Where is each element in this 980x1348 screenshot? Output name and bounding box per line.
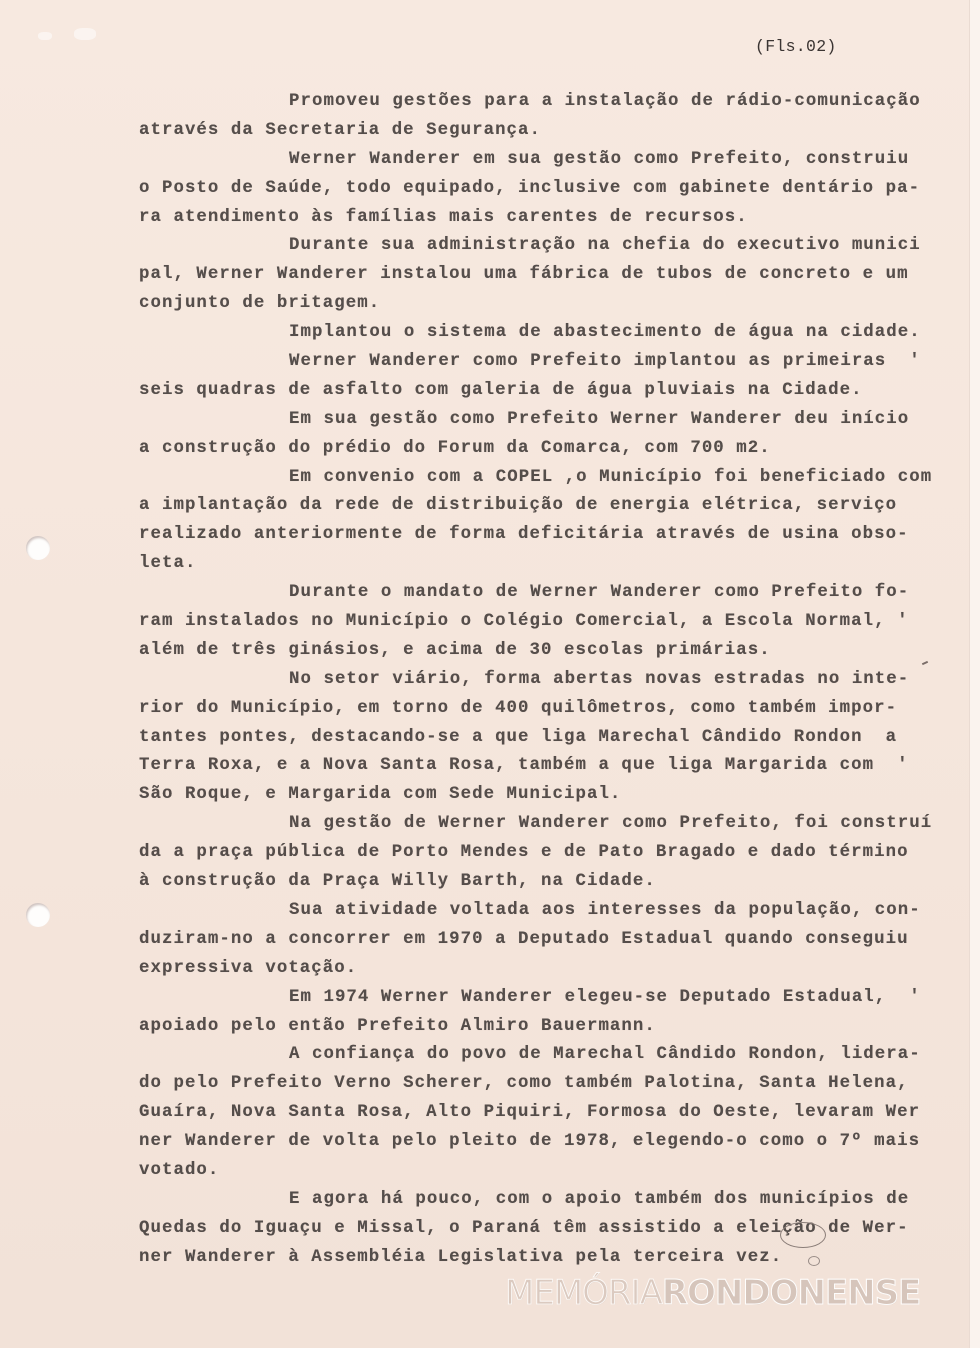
text-line: Sua atividade voltada aos interesses da … xyxy=(139,897,939,926)
text-line: duziram-no a concorrer em 1970 a Deputad… xyxy=(139,926,939,955)
paper-scuff xyxy=(38,32,52,40)
text-line: apoiado pelo então Prefeito Almiro Bauer… xyxy=(139,1013,939,1042)
text-line: Terra Roxa, e a Nova Santa Rosa, também … xyxy=(139,752,939,781)
text-line: a construção do prédio do Forum da Comar… xyxy=(139,435,939,464)
text-line: Durante sua administração na chefia do e… xyxy=(139,232,939,261)
text-line: Werner Wanderer em sua gestão como Prefe… xyxy=(139,146,939,175)
text-line: ner Wanderer de volta pelo pleito de 197… xyxy=(139,1128,939,1157)
text-line: ram instalados no Município o Colégio Co… xyxy=(139,608,939,637)
text-line: E agora há pouco, com o apoio também dos… xyxy=(139,1186,939,1215)
text-line: A confiança do povo de Marechal Cândido … xyxy=(139,1041,939,1070)
text-line: ra atendimento às famílias mais carentes… xyxy=(139,204,939,233)
text-line: No setor viário, forma abertas novas est… xyxy=(139,666,939,695)
text-line: seis quadras de asfalto com galeria de á… xyxy=(139,377,939,406)
text-line: São Roque, e Margarida com Sede Municipa… xyxy=(139,781,939,810)
text-line: tantes pontes, destacando-se a que liga … xyxy=(139,724,939,753)
text-line: o Posto de Saúde, todo equipado, inclusi… xyxy=(139,175,939,204)
text-line: Implantou o sistema de abastecimento de … xyxy=(139,319,939,348)
text-line: conjunto de britagem. xyxy=(139,290,939,319)
punch-hole xyxy=(26,903,50,927)
text-line: expressiva votação. xyxy=(139,955,939,984)
punch-hole xyxy=(26,536,50,560)
text-line: além de três ginásios, e acima de 30 esc… xyxy=(139,637,939,666)
text-line: leta. xyxy=(139,550,939,579)
text-line: Em sua gestão como Prefeito Werner Wande… xyxy=(139,406,939,435)
text-line: Guaíra, Nova Santa Rosa, Alto Piquiri, F… xyxy=(139,1099,939,1128)
watermark-part-1: MEMÓRIA xyxy=(505,1273,662,1313)
text-line: Em convenio com a COPEL ,o Município foi… xyxy=(139,464,939,493)
page-edge xyxy=(969,0,980,1348)
text-line: Durante o mandato de Werner Wanderer com… xyxy=(139,579,939,608)
text-line: Em 1974 Werner Wanderer elegeu-se Deputa… xyxy=(139,984,939,1013)
text-line: da a praça pública de Porto Mendes e de … xyxy=(139,839,939,868)
text-line: pal, Werner Wanderer instalou uma fábric… xyxy=(139,261,939,290)
handwritten-circle-mark xyxy=(780,1222,826,1248)
paper-scuff xyxy=(74,28,96,40)
handwritten-bubble-mark xyxy=(808,1256,820,1266)
page-number: (Fls.02) xyxy=(755,37,837,56)
text-line: a implantação da rede de distribuição de… xyxy=(139,492,939,521)
text-line: votado. xyxy=(139,1157,939,1186)
watermark-part-2: RONDONENSE xyxy=(662,1273,921,1313)
text-line: através da Secretaria de Segurança. xyxy=(139,117,939,146)
text-line: Promoveu gestões para a instalação de rá… xyxy=(139,88,939,117)
text-line: do pelo Prefeito Verno Scherer, como tam… xyxy=(139,1070,939,1099)
text-line: realizado anteriormente de forma deficit… xyxy=(139,521,939,550)
watermark: MEMÓRIARONDONENSE xyxy=(505,1276,920,1310)
document-body: Promoveu gestões para a instalação de rá… xyxy=(139,88,939,1273)
text-line: Werner Wanderer como Prefeito implantou … xyxy=(139,348,939,377)
text-line: rior do Município, em torno de 400 quilô… xyxy=(139,695,939,724)
text-line: à construção da Praça Willy Barth, na Ci… xyxy=(139,868,939,897)
text-line: Na gestão de Werner Wanderer como Prefei… xyxy=(139,810,939,839)
